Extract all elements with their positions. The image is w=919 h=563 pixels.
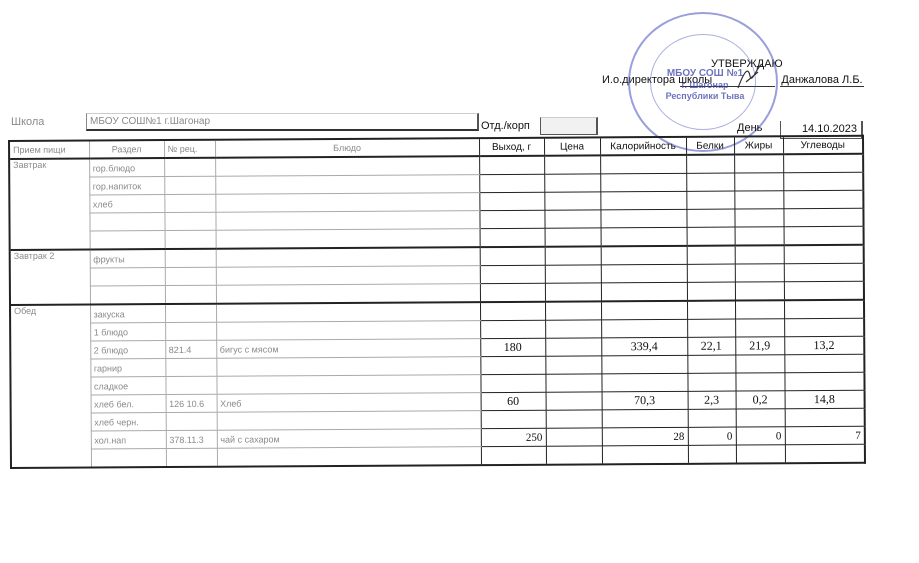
cell-recipe[interactable]	[164, 212, 215, 230]
cell-price[interactable]	[545, 228, 601, 247]
cell-yield[interactable]	[479, 174, 544, 192]
cell-section[interactable]: гарнир	[90, 359, 165, 377]
cell-section[interactable]: фрукты	[90, 249, 165, 268]
cell-dish[interactable]	[215, 193, 479, 213]
cell-protein[interactable]: 2,3	[688, 391, 736, 409]
cell-carbs[interactable]	[784, 300, 864, 319]
day-label: День	[737, 122, 762, 134]
cell-kcal[interactable]: 28	[602, 427, 688, 446]
cell-carbs[interactable]	[784, 372, 864, 390]
cell-recipe[interactable]	[165, 230, 216, 249]
cell-dish[interactable]	[216, 247, 480, 267]
cell-recipe[interactable]	[165, 249, 216, 268]
cell-dish[interactable]	[215, 175, 479, 195]
cell-carbs[interactable]: 13,2	[784, 336, 864, 354]
cell-fat[interactable]	[735, 227, 784, 246]
cell-fat[interactable]	[734, 191, 783, 209]
cell-carbs[interactable]	[783, 208, 863, 226]
cell-price[interactable]	[545, 301, 601, 320]
cell-carbs[interactable]	[784, 281, 864, 300]
cell-dish[interactable]	[215, 211, 479, 231]
cell-price[interactable]	[545, 356, 601, 374]
cell-protein[interactable]	[687, 264, 735, 282]
cell-dish[interactable]	[216, 284, 480, 304]
col-meal: Прием пищи	[9, 141, 89, 159]
col-yield: Выход, г	[479, 138, 544, 156]
cell-dish[interactable]	[216, 266, 480, 286]
cell-fat[interactable]	[734, 209, 783, 227]
cell-carbs[interactable]: 7	[785, 426, 865, 444]
cell-price[interactable]	[546, 446, 602, 465]
cell-yield[interactable]: 180	[480, 338, 545, 356]
cell-fat[interactable]	[734, 154, 783, 173]
cell-price[interactable]	[546, 392, 602, 410]
cell-section[interactable]: хол.нап	[91, 431, 166, 449]
cell-section[interactable]	[90, 286, 165, 305]
cell-dish[interactable]	[216, 357, 480, 377]
cell-yield[interactable]: 250	[481, 428, 546, 446]
cell-recipe[interactable]	[165, 285, 216, 304]
cell-section[interactable]: сладкое	[90, 377, 165, 395]
cell-kcal[interactable]	[602, 445, 688, 464]
cell-kcal[interactable]	[600, 191, 686, 210]
meal-name: Обед	[10, 305, 91, 468]
cell-dish[interactable]	[216, 321, 480, 341]
cell-recipe[interactable]	[165, 322, 216, 340]
school-field[interactable]: МБОУ СОШ№1 г.Шагонар	[86, 113, 479, 131]
col-price: Цена	[544, 137, 600, 155]
cell-carbs[interactable]	[785, 408, 865, 426]
cell-price[interactable]	[545, 374, 601, 392]
cell-price[interactable]	[544, 210, 600, 228]
cell-section[interactable]: хлеб черн.	[91, 413, 166, 431]
cell-section[interactable]: 2 блюдо	[90, 341, 165, 359]
cell-fat[interactable]	[735, 282, 784, 301]
cell-protein[interactable]	[687, 355, 735, 373]
cell-recipe[interactable]	[164, 194, 215, 212]
cell-fat[interactable]	[735, 355, 784, 373]
cell-carbs[interactable]	[784, 245, 864, 264]
cell-price[interactable]	[545, 246, 601, 265]
cell-recipe[interactable]	[165, 267, 216, 285]
cell-dish[interactable]	[216, 229, 480, 249]
cell-kcal[interactable]	[601, 264, 687, 283]
cell-kcal[interactable]	[601, 355, 687, 374]
cell-price[interactable]	[546, 428, 602, 446]
cell-protein[interactable]	[687, 246, 735, 265]
cell-dish[interactable]	[216, 302, 480, 322]
col-carbs: Углеводы	[783, 136, 863, 154]
cell-recipe[interactable]	[166, 412, 217, 430]
cell-section[interactable]	[89, 213, 164, 231]
cell-protein[interactable]	[686, 155, 734, 174]
cell-yield[interactable]	[479, 192, 544, 210]
cell-price[interactable]	[546, 410, 602, 428]
cell-recipe[interactable]	[166, 448, 217, 467]
cell-fat[interactable]	[735, 373, 784, 391]
cell-fat[interactable]: 0,2	[736, 391, 785, 409]
cell-carbs[interactable]	[785, 444, 865, 463]
cell-section[interactable]: гор.блюдо	[89, 158, 164, 177]
cell-section[interactable]: хлеб бел.	[91, 395, 166, 413]
meal-name: Завтрак 2	[10, 250, 90, 305]
cell-section[interactable]	[90, 231, 165, 250]
signature-scribble	[736, 62, 766, 92]
branch-field[interactable]	[540, 117, 598, 135]
cell-price[interactable]	[545, 265, 601, 283]
cell-fat[interactable]	[735, 264, 784, 282]
cell-kcal[interactable]	[601, 319, 687, 338]
cell-protein[interactable]	[687, 301, 735, 320]
cell-section[interactable]: гор.напиток	[89, 177, 164, 195]
cell-dish[interactable]	[216, 375, 480, 395]
cell-yield[interactable]	[480, 302, 545, 321]
cell-kcal[interactable]	[601, 246, 687, 265]
cell-carbs[interactable]	[783, 154, 863, 173]
cell-yield[interactable]	[481, 446, 546, 465]
cell-price[interactable]	[545, 320, 601, 338]
col-kcal: Калорийность	[600, 137, 686, 156]
school-label: Школа	[11, 116, 44, 128]
cell-recipe[interactable]	[164, 158, 215, 177]
col-section: Раздел	[89, 140, 164, 158]
branch-label: Отд./корп	[481, 120, 530, 132]
cell-price[interactable]	[544, 192, 600, 210]
cell-price[interactable]	[544, 174, 600, 192]
cell-carbs[interactable]	[784, 263, 864, 281]
cell-protein[interactable]	[688, 445, 736, 464]
cell-section[interactable]: закуска	[90, 304, 165, 323]
col-fat: Жиры	[734, 136, 783, 154]
cell-protein[interactable]	[687, 373, 735, 391]
cell-yield[interactable]	[481, 410, 546, 428]
table-row	[11, 444, 865, 468]
cell-yield[interactable]	[480, 320, 545, 338]
cell-kcal[interactable]	[601, 373, 687, 392]
meal-name: Завтрак	[9, 159, 90, 250]
cell-dish[interactable]	[215, 156, 479, 176]
signatory-name: Данжалова Л.Б.	[780, 74, 864, 87]
cell-protein[interactable]	[686, 209, 734, 227]
menu-table: Прием пищи Раздел № рец. Блюдо Выход, г …	[8, 135, 866, 469]
cell-kcal[interactable]	[600, 155, 686, 174]
cell-section[interactable]	[90, 268, 165, 286]
col-protein: Белки	[686, 137, 734, 155]
cell-dish[interactable]: чай с сахаром	[217, 429, 481, 449]
cell-yield[interactable]	[480, 356, 545, 374]
cell-recipe[interactable]	[165, 358, 216, 376]
cell-protein[interactable]	[688, 409, 736, 427]
cell-protein[interactable]	[686, 173, 734, 191]
cell-fat[interactable]	[734, 173, 783, 191]
cell-yield[interactable]: 60	[481, 392, 546, 410]
cell-section[interactable]: хлеб	[89, 195, 164, 213]
col-recipe: № рец.	[164, 140, 215, 158]
cell-carbs[interactable]	[784, 226, 864, 245]
cell-kcal[interactable]	[600, 209, 686, 228]
cell-dish[interactable]: бигус с мясом	[216, 339, 480, 359]
cell-recipe[interactable]: 821.4	[165, 340, 216, 358]
cell-yield[interactable]	[479, 210, 544, 228]
cell-fat[interactable]	[735, 245, 784, 264]
cell-yield[interactable]	[480, 283, 545, 302]
cell-fat[interactable]: 0	[736, 427, 785, 445]
stamp-org-line3: Республики Тыва	[655, 91, 755, 101]
cell-protein[interactable]	[686, 191, 734, 209]
cell-protein[interactable]	[687, 227, 735, 246]
cell-protein[interactable]	[687, 319, 735, 337]
cell-kcal[interactable]	[601, 282, 687, 301]
cell-kcal[interactable]	[601, 301, 687, 320]
cell-carbs[interactable]	[784, 354, 864, 372]
cell-kcal[interactable]	[602, 409, 688, 428]
cell-price[interactable]	[544, 155, 600, 174]
cell-carbs[interactable]	[783, 190, 863, 208]
cell-carbs[interactable]	[783, 172, 863, 190]
cell-yield[interactable]	[480, 374, 545, 392]
cell-kcal[interactable]	[601, 227, 687, 246]
cell-protein[interactable]: 22,1	[687, 337, 735, 355]
cell-fat[interactable]	[736, 409, 785, 427]
cell-kcal[interactable]: 70,3	[602, 391, 688, 410]
cell-carbs[interactable]	[784, 318, 864, 336]
cell-kcal[interactable]	[600, 173, 686, 192]
cell-recipe[interactable]	[165, 376, 216, 394]
cell-recipe[interactable]	[164, 176, 215, 194]
col-dish: Блюдо	[215, 138, 479, 158]
cell-section[interactable]	[91, 449, 166, 468]
cell-kcal[interactable]: 339,4	[601, 337, 687, 356]
cell-price[interactable]	[545, 283, 601, 302]
cell-carbs[interactable]: 14,8	[785, 390, 865, 408]
cell-yield[interactable]	[480, 247, 545, 266]
cell-protein[interactable]: 0	[688, 427, 736, 445]
cell-yield[interactable]	[480, 265, 545, 283]
cell-fat[interactable]	[736, 445, 785, 464]
cell-dish[interactable]: Хлеб	[217, 393, 481, 413]
cell-fat[interactable]	[735, 300, 784, 319]
cell-section[interactable]: 1 блюдо	[90, 323, 165, 341]
cell-dish[interactable]	[217, 411, 481, 431]
cell-price[interactable]	[545, 338, 601, 356]
cell-protein[interactable]	[687, 282, 735, 301]
cell-fat[interactable]: 21,9	[735, 337, 784, 355]
cell-fat[interactable]	[735, 319, 784, 337]
cell-recipe[interactable]	[165, 304, 216, 323]
cell-recipe[interactable]: 126 10.6	[166, 394, 217, 412]
cell-yield[interactable]	[480, 228, 545, 247]
cell-dish[interactable]	[217, 447, 481, 467]
cell-recipe[interactable]: 378.11.3	[166, 430, 217, 448]
cell-yield[interactable]	[479, 156, 544, 175]
